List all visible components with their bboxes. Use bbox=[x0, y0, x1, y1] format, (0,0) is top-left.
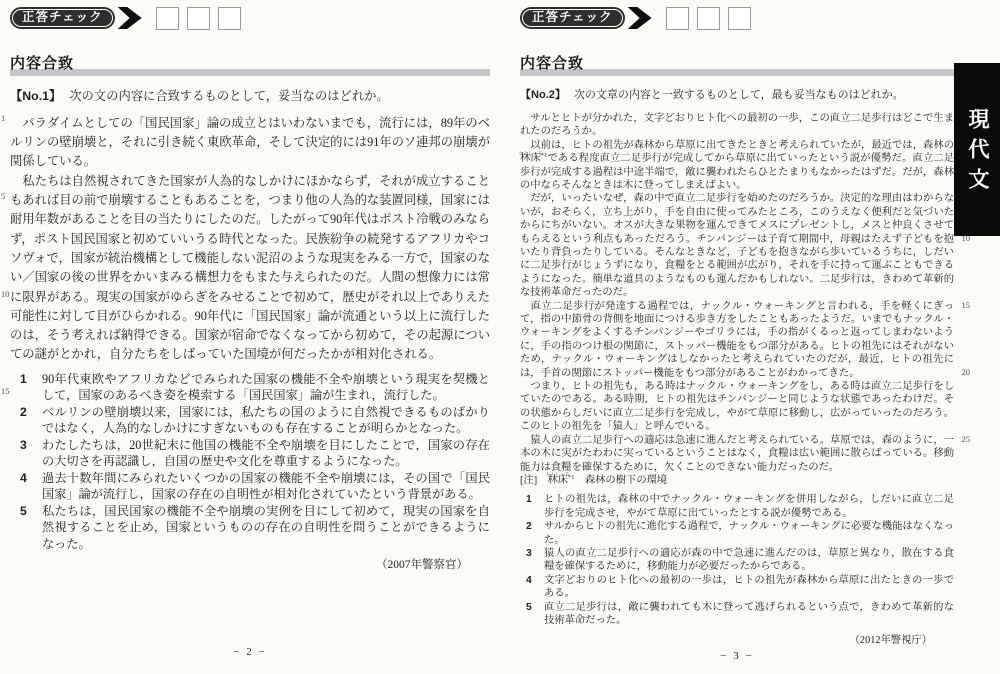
choice-text: 過去十数年間にみられたいくつかの国家の機能不全や崩壊には，その国で「国民国家」論… bbox=[42, 470, 490, 503]
choice-item-5: 5直立二足歩行は，敵に襲われても木に登って逃げられるという点で，きわめて革新的な… bbox=[526, 601, 954, 628]
subject-tab[interactable]: 現代文 bbox=[954, 63, 1000, 236]
source-citation: （2007年警察官） bbox=[10, 556, 490, 572]
choice-number: 2 bbox=[20, 404, 33, 421]
source-citation: （2012年警視庁） bbox=[520, 631, 954, 646]
choice-text: 文字どおりのヒト化への最初の一歩は，ヒトの祖先が森林から草原に出たときの一歩であ… bbox=[544, 574, 954, 601]
question-number: 【No.1】 bbox=[10, 89, 61, 103]
question-text: 次の文章の内容と一致するものとして，最も妥当なものはどれか。 bbox=[574, 89, 904, 101]
answer-checkbox-3[interactable] bbox=[728, 7, 751, 30]
ruby-annotated-word: 林床りんしょう bbox=[547, 475, 568, 486]
choice-number: 5 bbox=[20, 503, 33, 520]
section-head: 内容合致 bbox=[520, 52, 954, 76]
section-head: 内容合致 bbox=[10, 52, 490, 76]
passage-paragraph: 直立二足歩行が発達する過程では，ナックル・ウォーキングと言われる，手を軽くにぎっ… bbox=[520, 300, 954, 380]
choice-item-5: 5私たちは，国民国家の機能不全や崩壊の実例を目にして初めて，現実の国家を自然視す… bbox=[20, 503, 490, 553]
answer-checkbox-1[interactable] bbox=[666, 7, 689, 30]
arrow-icon bbox=[628, 7, 652, 29]
check-badge-label: 正答チェック bbox=[22, 10, 103, 24]
line-number: 20 bbox=[962, 367, 971, 377]
choice-text: サルからヒトの祖先に進化する過程で，ナックル・ウォーキングに必要な機能はなくなっ… bbox=[544, 520, 954, 547]
line-number: 10 bbox=[1, 289, 10, 299]
choice-item-2: 2ベルリンの壁崩壊以来，国家には，私たちの国のように自然視できるものばかりではな… bbox=[20, 404, 490, 437]
passage-paragraph: 私たちは自然視されてきた国家が人為的なしかけにほかならず，それが成立することもあ… bbox=[10, 172, 490, 365]
choice-item-3: 3わたしたちは，20世紀末に他国の機能不全や崩壊を目にしたことで，国家の存在の大… bbox=[20, 437, 490, 470]
choices-list: 1ヒトの祖先は，森林の中でナックル・ウォーキングを併用しながら，しだいに直立二足… bbox=[520, 493, 954, 627]
choice-number: 1 bbox=[526, 493, 537, 506]
passage-paragraph: サルとヒトが分かれた，文字どおりヒト化への最初の一歩，この直立二足歩行はどこで生… bbox=[520, 112, 954, 139]
question-line: 【No.2】次の文章の内容と一致するものとして，最も妥当なものはどれか。 bbox=[520, 88, 954, 104]
choice-item-1: 1ヒトの祖先は，森林の中でナックル・ウォーキングを併用しながら，しだいに直立二足… bbox=[526, 493, 954, 520]
choice-number: 4 bbox=[526, 574, 537, 587]
workbook-spread: 正答チェック 内容合致 【No.1】次の文の内容に合致するものとして，妥当なのは… bbox=[0, 0, 1000, 674]
choice-number: 2 bbox=[526, 520, 537, 533]
passage-paragraph: [注] 林床りんしょう*1 森林の樹下の環境 bbox=[520, 474, 954, 487]
choice-text: 猿人の直立二足歩行への適応が森の中で急速に進んだのは，草原と異なり，散在する食糧… bbox=[544, 547, 954, 574]
choice-text: ヒトの祖先は，森林の中でナックル・ウォーキングを併用しながら，しだいに直立二足歩… bbox=[544, 493, 954, 520]
choice-number: 1 bbox=[20, 371, 33, 388]
passage-paragraph: 猿人の直立二足歩行への適応は急速に進んだと考えられている。草原では，森のように，… bbox=[520, 434, 954, 474]
choice-text: ベルリンの壁崩壊以来，国家には，私たちの国のように自然視できるものばかりではなく… bbox=[42, 404, 490, 437]
footnote: [注] 林床りんしょう*1 森林の樹下の環境 bbox=[520, 474, 954, 487]
choice-item-4: 4文字どおりのヒト化への最初の一歩は，ヒトの祖先が森林から草原に出たときの一歩で… bbox=[526, 574, 954, 601]
choices-list: 190年代東欧やアフリカなどでみられた国家の機能不全や崩壊という現実を契機として… bbox=[10, 371, 490, 553]
choice-item-4: 4過去十数年間にみられたいくつかの国家の機能不全や崩壊には，その国で「国民国家」… bbox=[20, 470, 490, 503]
passage-paragraph: つまり，ヒトの祖先も，ある時はナックル・ウォーキングをし，ある時は直立二足歩行を… bbox=[520, 380, 954, 434]
check-badge: 正答チェック bbox=[520, 7, 625, 29]
passage-paragraph: だが，いったいなぜ，森の中で直立二足歩行を始めたのだろうか。決定的な理由はわから… bbox=[520, 192, 954, 299]
check-badge: 正答チェック bbox=[10, 7, 115, 29]
question-text: 次の文の内容に合致するものとして，妥当なのはどれか。 bbox=[69, 89, 388, 103]
choice-text: わたしたちは，20世紀末に他国の機能不全や崩壊を目にしたことで，国家の存在の大切… bbox=[42, 437, 490, 470]
answer-checkbox-2[interactable] bbox=[697, 7, 720, 30]
line-number: 15 bbox=[1, 386, 10, 396]
section-underline bbox=[520, 69, 954, 76]
answer-check-row: 正答チェック bbox=[10, 6, 490, 30]
choice-number: 3 bbox=[526, 547, 537, 560]
arrow-icon bbox=[118, 7, 142, 29]
line-number: 15 bbox=[962, 300, 971, 310]
section-underline bbox=[10, 69, 490, 76]
passage: パラダイムとしての「国民国家」論の成立とはいわないまでも，流行には，89年のベル… bbox=[10, 114, 490, 365]
choice-text: 90年代東欧やアフリカなどでみられた国家の機能不全や崩壊という現実を契機として，… bbox=[42, 371, 490, 404]
answer-check-row: 正答チェック bbox=[520, 6, 954, 30]
line-number: 5 bbox=[1, 191, 5, 201]
line-number: 25 bbox=[962, 434, 971, 444]
line-number: 1 bbox=[1, 113, 5, 123]
passage-paragraph: 以前は，ヒトの祖先が森林から草原に出てきたときと考えられていたが，最近では，森林… bbox=[520, 139, 954, 193]
choice-number: 4 bbox=[20, 470, 33, 487]
page-number: − 3 − bbox=[520, 650, 954, 662]
right-page: 正答チェック 内容合致 【No.2】次の文章の内容と一致するものとして，最も妥当… bbox=[520, 6, 954, 668]
passage: サルとヒトが分かれた，文字どおりヒト化への最初の一歩，この直立二足歩行はどこで生… bbox=[520, 112, 954, 474]
passage-paragraph: パラダイムとしての「国民国家」論の成立とはいわないまでも，流行には，89年のベル… bbox=[10, 114, 490, 172]
page-number: − 2 − bbox=[10, 646, 490, 658]
answer-checkbox-2[interactable] bbox=[187, 7, 210, 30]
section-title: 内容合致 bbox=[520, 52, 584, 73]
check-boxes bbox=[156, 7, 241, 30]
check-badge-label: 正答チェック bbox=[532, 10, 613, 24]
check-boxes bbox=[666, 7, 751, 30]
ruby-annotated-word: 林床りんしょう bbox=[520, 153, 541, 164]
answer-checkbox-1[interactable] bbox=[156, 7, 179, 30]
choice-text: 直立二足歩行は，敵に襲われても木に登って逃げられるという点で，きわめて革新的な技… bbox=[544, 601, 954, 628]
left-page: 正答チェック 内容合致 【No.1】次の文の内容に合致するものとして，妥当なのは… bbox=[10, 6, 490, 668]
choice-text: 私たちは，国民国家の機能不全や崩壊の実例を目にして初めて，現実の国家を自然視する… bbox=[42, 503, 490, 553]
choice-item-2: 2サルからヒトの祖先に進化する過程で，ナックル・ウォーキングに必要な機能はなくな… bbox=[526, 520, 954, 547]
answer-checkbox-3[interactable] bbox=[218, 7, 241, 30]
choice-number: 5 bbox=[526, 601, 537, 614]
choice-item-3: 3猿人の直立二足歩行への適応が森の中で急速に進んだのは，草原と異なり，散在する食… bbox=[526, 547, 954, 574]
question-line: 【No.1】次の文の内容に合致するものとして，妥当なのはどれか。 bbox=[10, 88, 490, 106]
question-number: 【No.2】 bbox=[520, 89, 566, 101]
section-title: 内容合致 bbox=[10, 52, 74, 73]
choice-item-1: 190年代東欧やアフリカなどでみられた国家の機能不全や崩壊という現実を契機として… bbox=[20, 371, 490, 404]
choice-number: 3 bbox=[20, 437, 33, 454]
